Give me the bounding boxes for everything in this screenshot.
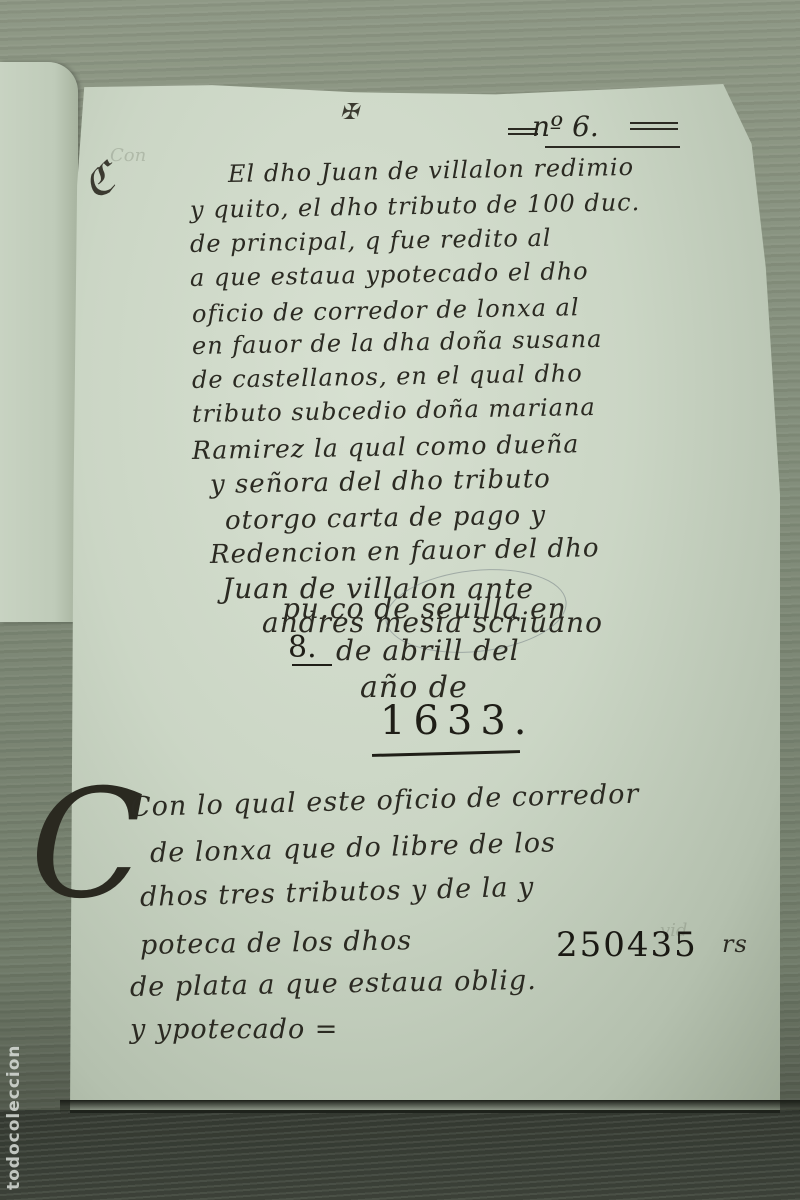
watermark: todocoleccion [4, 1044, 24, 1190]
sheet-shadow [60, 1100, 800, 1114]
text-line: pu.co de seuilla en [282, 592, 567, 625]
text-line: otorgo carta de pago y [225, 500, 547, 536]
document-number: nº 6. [532, 110, 599, 143]
amount-suffix: rs [722, 930, 748, 958]
header-cross-mark: ✠ [340, 100, 358, 125]
text-line: poteca de los dhos [140, 925, 413, 961]
wooden-table-foreground [0, 1110, 800, 1200]
decorative-initial: C [30, 770, 145, 920]
text-line: y ypotecado = [130, 1014, 338, 1045]
date-month: de abrill del [336, 634, 520, 667]
date-day: 8. [288, 630, 317, 665]
text-line: y señora del dho tributo [210, 464, 551, 500]
date-day-underline [292, 664, 332, 666]
amount-figure: 250435 [556, 925, 698, 965]
document-number-underline [545, 146, 680, 148]
date-year: 1633. [380, 698, 535, 744]
adjacent-page-edge [0, 62, 78, 622]
decorative-dash [630, 122, 678, 124]
bleed-through-text: Con [110, 145, 146, 166]
